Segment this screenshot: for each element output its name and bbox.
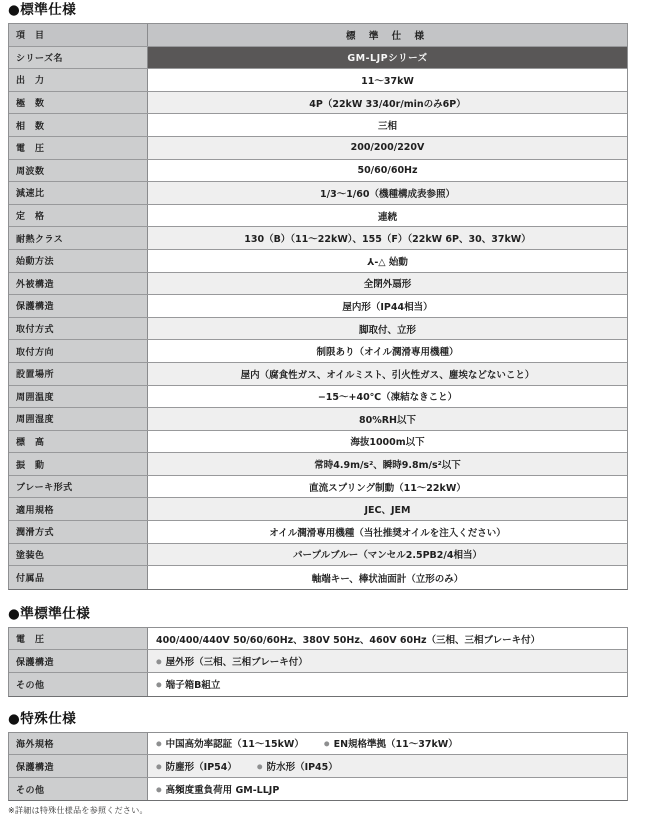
row-label: 塗装色 xyxy=(9,544,148,566)
row-label: その他 xyxy=(9,778,148,801)
table-row: その他●端子箱B組立 xyxy=(9,673,627,696)
bullet-icon: ● xyxy=(156,741,162,748)
row-label: 周波数 xyxy=(9,160,148,182)
table-row: 極 数4P（22kW 33/40r/minのみ6P） xyxy=(9,92,627,115)
section-heading-special: ●特殊仕様 xyxy=(8,711,628,727)
table-row: 電 圧400/400/440V 50/60/60Hz、380V 50Hz、460… xyxy=(9,628,627,651)
section-semi-standard-spec: ●準標準仕様 電 圧400/400/440V 50/60/60Hz、380V 5… xyxy=(8,606,628,697)
bullet-item: ●屋外形（三相、三相ブレーキ付） xyxy=(156,654,308,668)
row-value: JEC、JEM xyxy=(148,498,627,520)
row-value: 全閉外扇形 xyxy=(148,273,627,295)
bullet-icon: ● xyxy=(156,658,162,665)
row-label: 相 数 xyxy=(9,114,148,136)
section-gap xyxy=(8,590,628,606)
table-row: 取付方向制限あり（オイル潤滑専用機種） xyxy=(9,340,627,363)
row-label: 潤滑方式 xyxy=(9,521,148,543)
bullet-icon: ● xyxy=(156,786,162,793)
row-value: ●中国高効率認証（11～15kW）●EN規格準拠（11～37kW） xyxy=(148,733,627,755)
row-value: 連続 xyxy=(148,205,627,227)
section-heading-semi-standard: ●準標準仕様 xyxy=(8,606,628,622)
row-label: 取付方向 xyxy=(9,340,148,362)
row-label: 設置場所 xyxy=(9,363,148,385)
bullet-item-text: 高頻度重負荷用 GM-LLJP xyxy=(166,782,280,796)
table-row: 外被構造全閉外扇形 xyxy=(9,273,627,296)
table-row: 相 数三相 xyxy=(9,114,627,137)
table-row: 保護構造●防塵形（IP54）●防水形（IP45） xyxy=(9,755,627,778)
row-label: 電 圧 xyxy=(9,137,148,159)
row-label: その他 xyxy=(9,673,148,696)
row-value: 400/400/440V 50/60/60Hz、380V 50Hz、460V 6… xyxy=(148,628,627,650)
table-row: 保護構造屋内形（IP44相当） xyxy=(9,295,627,318)
semi-standard-spec-table: 電 圧400/400/440V 50/60/60Hz、380V 50Hz、460… xyxy=(8,627,628,697)
table-row: 標 高海抜1000m以下 xyxy=(9,431,627,454)
row-label: 周囲温度 xyxy=(9,386,148,408)
table-row: 塗装色パープルブルー（マンセル2.5PB2/4相当） xyxy=(9,544,627,567)
row-value: パープルブルー（マンセル2.5PB2/4相当） xyxy=(148,544,627,566)
table-row: 項 目標 準 仕 様 xyxy=(9,24,627,47)
row-label: 外被構造 xyxy=(9,273,148,295)
row-value: 50/60/60Hz xyxy=(148,160,627,182)
row-value: 屋内形（IP44相当） xyxy=(148,295,627,317)
row-value: オイル潤滑専用機種（当社推奨オイルを注入ください） xyxy=(148,521,627,543)
row-value: 標 準 仕 様 xyxy=(148,24,627,46)
row-label: 極 数 xyxy=(9,92,148,114)
table-row: 周囲湿度80%RH以下 xyxy=(9,408,627,431)
standard-spec-table: 項 目標 準 仕 様シリーズ名GM-LJPシリーズ出 力11～37kW極 数4P… xyxy=(8,23,628,590)
special-spec-table: 海外規格●中国高効率認証（11～15kW）●EN規格準拠（11～37kW）保護構… xyxy=(8,732,628,802)
row-value: GM-LJPシリーズ xyxy=(148,47,627,69)
table-row: 始動方法⅄-△ 始動 xyxy=(9,250,627,273)
section-heading-standard: ●標準仕様 xyxy=(8,2,628,18)
table-row: 保護構造●屋外形（三相、三相ブレーキ付） xyxy=(9,650,627,673)
bullet-item-text: 防水形（IP45） xyxy=(267,759,338,773)
table-row: 周波数50/60/60Hz xyxy=(9,160,627,183)
bullet-icon: ● xyxy=(257,763,263,770)
row-value: 1/3～1/60（機種構成表参照） xyxy=(148,182,627,204)
row-label: 保護構造 xyxy=(9,295,148,317)
row-value: 4P（22kW 33/40r/minのみ6P） xyxy=(148,92,627,114)
bullet-icon: ● xyxy=(156,763,162,770)
table-row: 定 格連続 xyxy=(9,205,627,228)
bullet-item: ●高頻度重負荷用 GM-LLJP xyxy=(156,782,279,796)
bullet-item: ●端子箱B組立 xyxy=(156,677,220,691)
row-label: ブレーキ形式 xyxy=(9,476,148,498)
row-value: 直流スプリング制動（11～22kW） xyxy=(148,476,627,498)
table-row: 減速比1/3～1/60（機種構成表参照） xyxy=(9,182,627,205)
row-label: 電 圧 xyxy=(9,628,148,650)
row-label: 始動方法 xyxy=(9,250,148,272)
row-value: ●高頻度重負荷用 GM-LLJP xyxy=(148,778,627,801)
footnote: ※詳細は特殊仕様品を参照ください。 xyxy=(8,805,628,816)
bullet-item: ●中国高効率認証（11～15kW） xyxy=(156,736,304,750)
table-row: 設置場所屋内（腐食性ガス、オイルミスト、引火性ガス、塵埃などないこと） xyxy=(9,363,627,386)
row-label: 振 動 xyxy=(9,453,148,475)
row-value: 制限あり（オイル潤滑専用機種） xyxy=(148,340,627,362)
row-value: ●端子箱B組立 xyxy=(148,673,627,696)
row-label: シリーズ名 xyxy=(9,47,148,69)
row-label: 取付方式 xyxy=(9,318,148,340)
row-label: 標 高 xyxy=(9,431,148,453)
table-row: 取付方式脚取付、立形 xyxy=(9,318,627,341)
section-gap xyxy=(8,697,628,711)
spec-page: ●標準仕様 項 目標 準 仕 様シリーズ名GM-LJPシリーズ出 力11～37k… xyxy=(0,0,648,819)
row-label: 適用規格 xyxy=(9,498,148,520)
bullet-item-text: EN規格準拠（11～37kW） xyxy=(334,736,458,750)
bullet-item-text: 中国高効率認証（11～15kW） xyxy=(166,736,304,750)
row-value: 11～37kW xyxy=(148,69,627,91)
bullet-icon: ● xyxy=(156,682,162,689)
table-row: 適用規格JEC、JEM xyxy=(9,498,627,521)
row-label: 保護構造 xyxy=(9,650,148,672)
table-row: シリーズ名GM-LJPシリーズ xyxy=(9,47,627,70)
section-standard-spec: ●標準仕様 項 目標 準 仕 様シリーズ名GM-LJPシリーズ出 力11～37k… xyxy=(8,2,628,590)
table-row: 振 動常時4.9m/s²、瞬時9.8m/s²以下 xyxy=(9,453,627,476)
table-row: 潤滑方式オイル潤滑専用機種（当社推奨オイルを注入ください） xyxy=(9,521,627,544)
row-value: 常時4.9m/s²、瞬時9.8m/s²以下 xyxy=(148,453,627,475)
bullet-item: ●防塵形（IP54） xyxy=(156,759,237,773)
bullet-item-text: 端子箱B組立 xyxy=(166,677,221,691)
row-value: 屋内（腐食性ガス、オイルミスト、引火性ガス、塵埃などないこと） xyxy=(148,363,627,385)
row-value: −15～+40℃（凍結なきこと） xyxy=(148,386,627,408)
row-label: 保護構造 xyxy=(9,755,148,777)
row-value: ⅄-△ 始動 xyxy=(148,250,627,272)
bullet-icon: ● xyxy=(324,741,330,748)
row-label: 減速比 xyxy=(9,182,148,204)
row-value: ●屋外形（三相、三相ブレーキ付） xyxy=(148,650,627,672)
table-row: ブレーキ形式直流スプリング制動（11～22kW） xyxy=(9,476,627,499)
table-row: 周囲温度−15～+40℃（凍結なきこと） xyxy=(9,386,627,409)
bullet-item: ●EN規格準拠（11～37kW） xyxy=(324,736,458,750)
table-row: 出 力11～37kW xyxy=(9,69,627,92)
table-row: 海外規格●中国高効率認証（11～15kW）●EN規格準拠（11～37kW） xyxy=(9,733,627,756)
row-value: 130（B）（11～22kW）、155（F）（22kW 6P、30、37kW） xyxy=(148,227,627,249)
row-value: 軸端キー、棒状油面計（立形のみ） xyxy=(148,566,627,589)
row-label: 耐熱クラス xyxy=(9,227,148,249)
row-label: 出 力 xyxy=(9,69,148,91)
table-row: 電 圧200/200/220V xyxy=(9,137,627,160)
table-row: 耐熱クラス130（B）（11～22kW）、155（F）（22kW 6P、30、3… xyxy=(9,227,627,250)
row-value: ●防塵形（IP54）●防水形（IP45） xyxy=(148,755,627,777)
row-value: 三相 xyxy=(148,114,627,136)
row-value: 80%RH以下 xyxy=(148,408,627,430)
table-row: 付属品軸端キー、棒状油面計（立形のみ） xyxy=(9,566,627,589)
row-value: 200/200/220V xyxy=(148,137,627,159)
row-value: 海抜1000m以下 xyxy=(148,431,627,453)
row-label: 海外規格 xyxy=(9,733,148,755)
row-value: 脚取付、立形 xyxy=(148,318,627,340)
row-label: 付属品 xyxy=(9,566,148,589)
section-special-spec: ●特殊仕様 海外規格●中国高効率認証（11～15kW）●EN規格準拠（11～37… xyxy=(8,711,628,802)
row-label: 周囲湿度 xyxy=(9,408,148,430)
row-label: 項 目 xyxy=(9,24,148,46)
bullet-item: ●防水形（IP45） xyxy=(257,759,338,773)
bullet-item-text: 屋外形（三相、三相ブレーキ付） xyxy=(166,654,308,668)
bullet-item-text: 防塵形（IP54） xyxy=(166,759,237,773)
table-row: その他●高頻度重負荷用 GM-LLJP xyxy=(9,778,627,801)
row-label: 定 格 xyxy=(9,205,148,227)
